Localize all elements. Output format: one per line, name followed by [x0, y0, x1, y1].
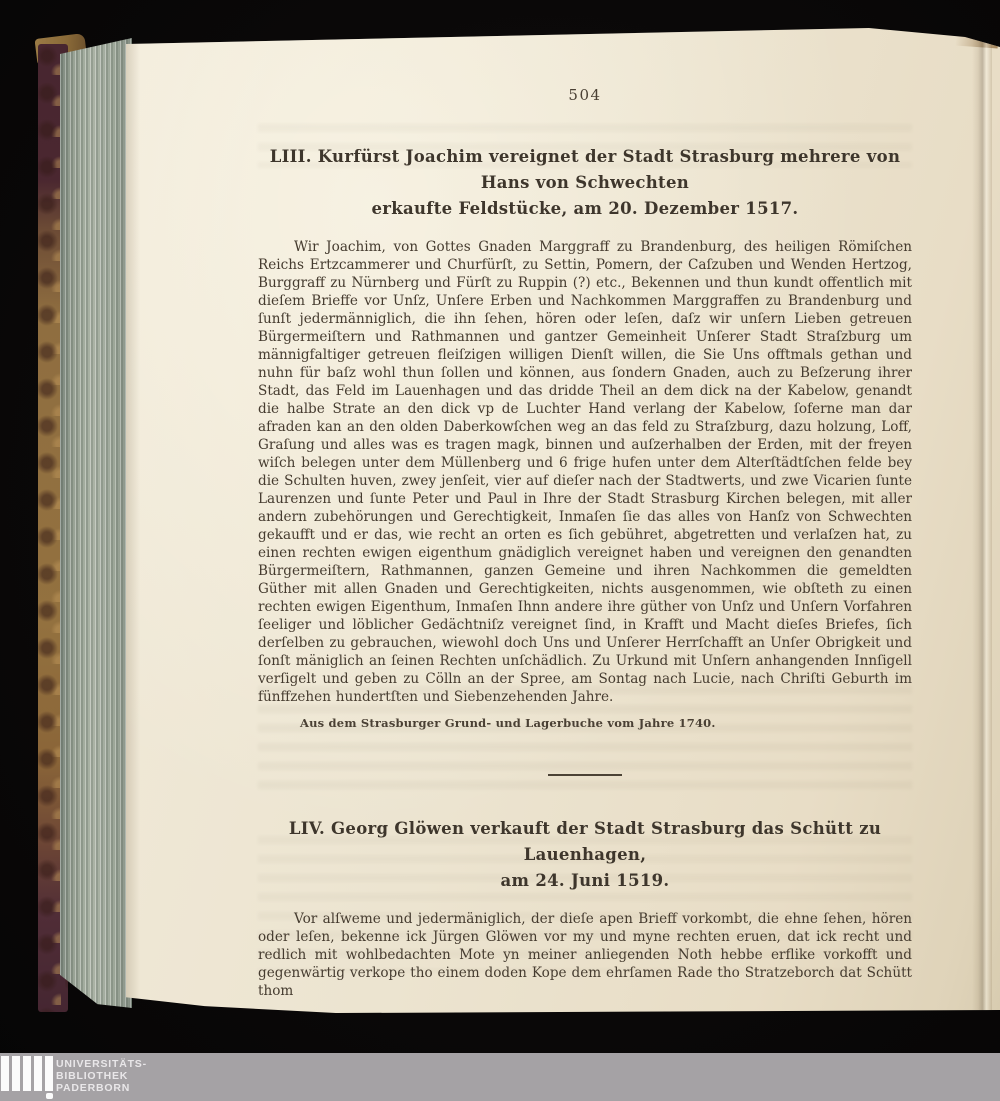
- logo-bar: [45, 1056, 53, 1091]
- library-name-line: UNIVERSITÄTS-: [56, 1058, 147, 1070]
- scan-background: 504 LIII. Kurfürst Joachim vereignet der…: [0, 0, 1000, 1101]
- library-name: UNIVERSITÄTS- BIBLIOTHEK PADERBORN: [56, 1058, 147, 1094]
- logo-bar: [34, 1056, 42, 1091]
- book-page: 504 LIII. Kurfürst Joachim vereignet der…: [126, 28, 1000, 1014]
- logo-bar: [1, 1056, 9, 1091]
- library-footer-band: UNIVERSITÄTS- BIBLIOTHEK PADERBORN: [0, 1053, 1000, 1101]
- section-liv-heading: LIV. Georg Glöwen verkauft der Stadt Str…: [258, 816, 912, 894]
- heading-line: erkaufte Feldstücke, am 20. Dezember 151…: [258, 196, 912, 222]
- section-liii-body: Wir Joachim, von Gottes Gnaden Marggraff…: [258, 238, 912, 706]
- heading-line: am 24. Juni 1519.: [258, 868, 912, 894]
- section-divider-rule: [548, 774, 622, 776]
- section-liii-heading: LIII. Kurfürst Joachim vereignet der Sta…: [258, 144, 912, 222]
- book-page-edges: [60, 32, 132, 1008]
- heading-line: LIII. Kurfürst Joachim vereignet der Sta…: [258, 144, 912, 196]
- heading-line: LIV. Georg Glöwen verkauft der Stadt Str…: [258, 816, 912, 868]
- page-gutter-crease: [972, 28, 992, 1014]
- ub-paderborn-logo-icon: [1, 1056, 53, 1091]
- library-name-line: PADERBORN: [56, 1082, 147, 1094]
- source-note: Aus dem Strasburger Grund- und Lagerbuch…: [300, 716, 912, 730]
- page-left-shadow: [126, 28, 140, 1014]
- page-number: 504: [258, 86, 912, 104]
- logo-bar: [12, 1056, 20, 1091]
- library-name-line: BIBLIOTHEK: [56, 1070, 147, 1082]
- section-liv-body: Vor alſweme und jedermäniglich, der dieſ…: [258, 910, 912, 1000]
- page-text-column: 504 LIII. Kurfürst Joachim vereignet der…: [258, 28, 912, 1000]
- logo-bar-dot: [46, 1093, 53, 1099]
- logo-bar: [23, 1056, 31, 1091]
